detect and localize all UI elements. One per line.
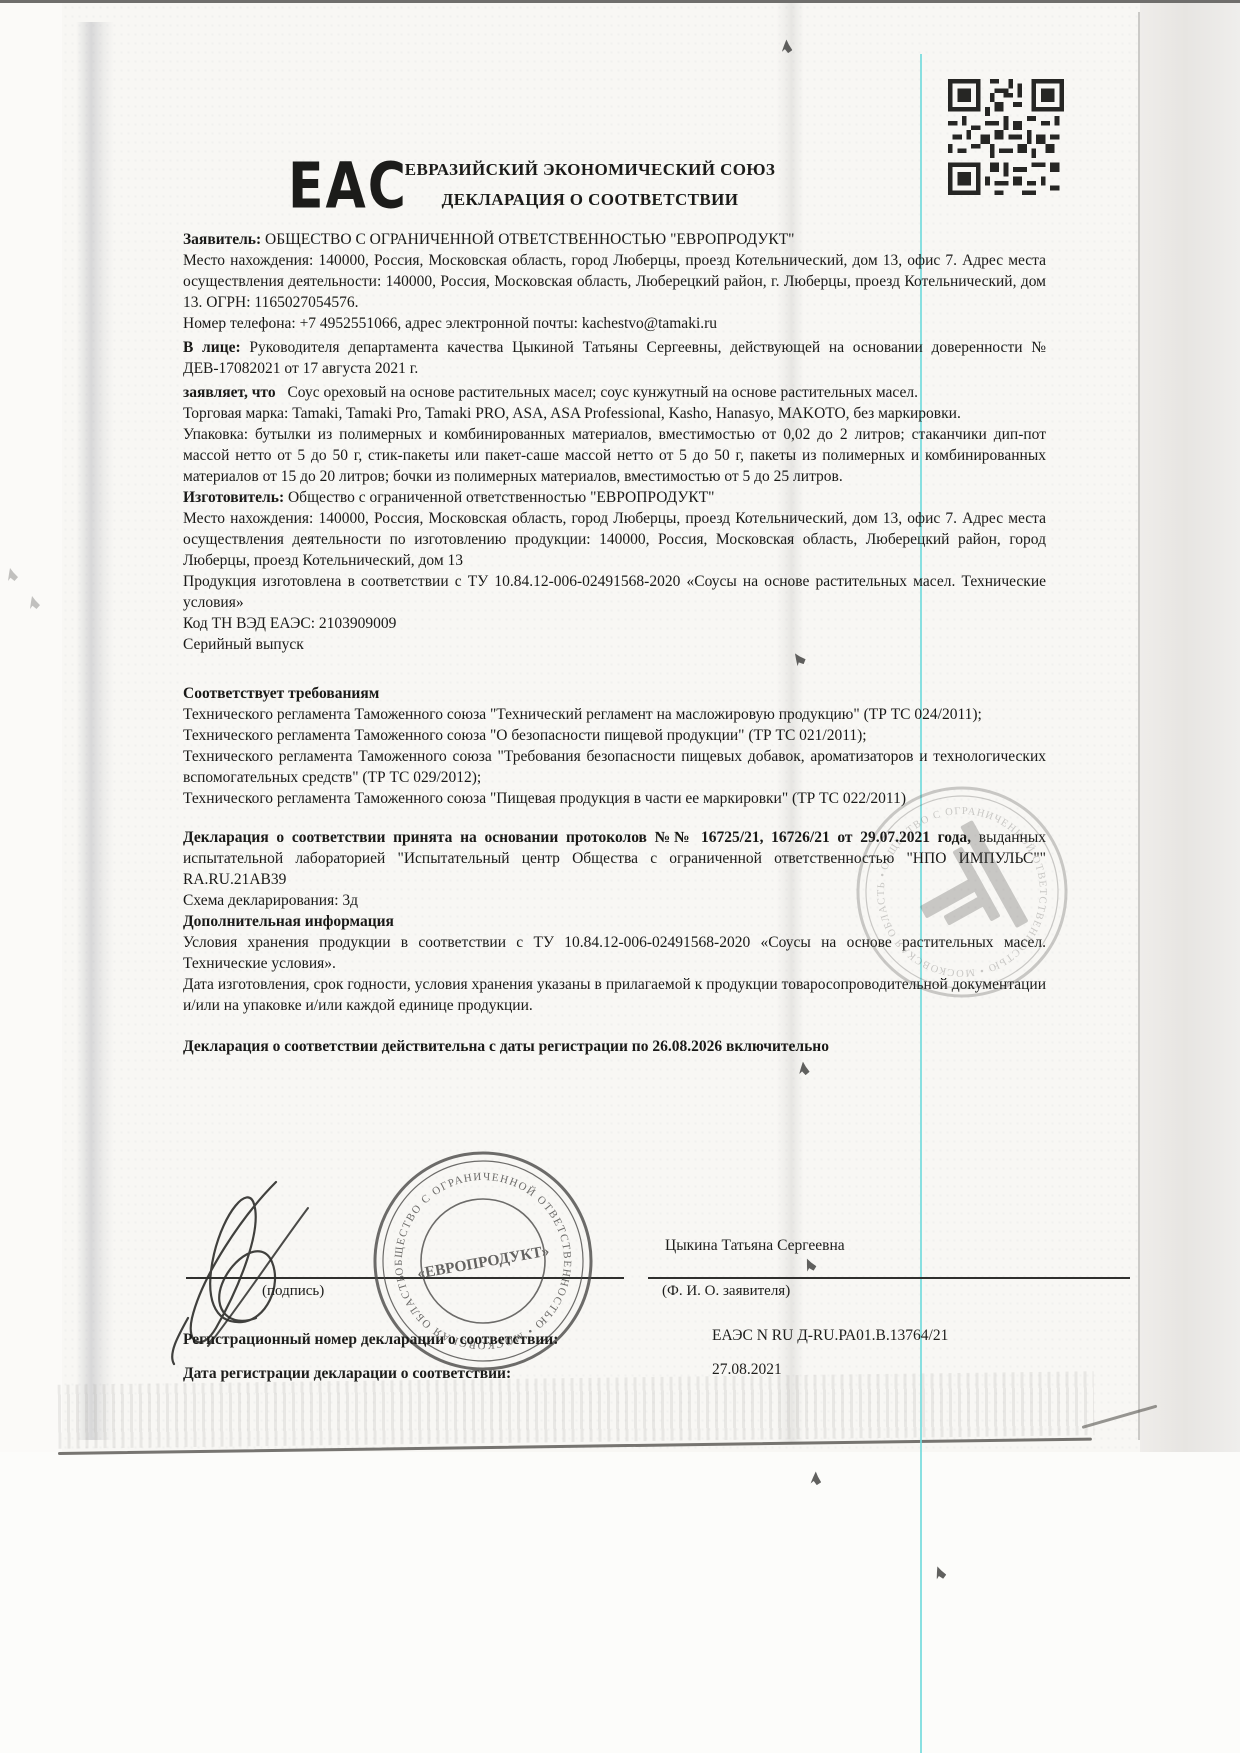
applicant-address: Место нахождения: 140000, Россия, Москов… bbox=[183, 250, 1046, 313]
product-description: Соус ореховый на основе растительных мас… bbox=[287, 384, 918, 401]
manufacturer-label: Изготовитель: bbox=[183, 489, 284, 506]
signature-caption: (подпись) bbox=[262, 1283, 324, 1300]
ink-speck bbox=[30, 596, 40, 609]
compliance-heading: Соответствует требованиям bbox=[183, 683, 1046, 704]
representative-text: Руководителя департамента качества Цыкин… bbox=[183, 339, 1046, 377]
declares-label: заявляет, что bbox=[183, 384, 284, 401]
additional-heading-text: Дополнительная информация bbox=[183, 913, 394, 930]
tu-paragraph: Продукция изготовлена в соответствии с Т… bbox=[183, 571, 1046, 613]
representative-label: В лице: bbox=[183, 339, 241, 356]
fio-caption: (Ф. И. О. заявителя) bbox=[662, 1283, 790, 1300]
validity-paragraph: Декларация о соответствии действительна … bbox=[183, 1036, 1046, 1057]
document-titles: ЕВРАЗИЙСКИЙ ЭКОНОМИЧЕСКИЙ СОЮЗ ДЕКЛАРАЦИ… bbox=[330, 160, 850, 210]
packaging-paragraph: Упаковка: бутылки из полимерных и комбин… bbox=[183, 424, 1046, 487]
applicant-fio: Цыкина Татьяна Сергеевна bbox=[665, 1237, 845, 1255]
faint-stamp: ОБЩЕСТВО С ОГРАНИЧЕННОЙ ОТВЕТСТВЕННОСТЬЮ… bbox=[852, 782, 1072, 1002]
faint-stamp-logo bbox=[895, 820, 1028, 964]
trademark-paragraph: Торговая марка: Tamaki, Tamaki Pro, Tama… bbox=[183, 403, 1046, 424]
scan-right-margin bbox=[1140, 3, 1240, 1452]
manufacturer-address: Место нахождения: 140000, Россия, Москов… bbox=[183, 508, 1046, 571]
manufacturer-paragraph: Изготовитель: Общество с ограниченной от… bbox=[183, 487, 1046, 508]
applicant-contacts: Номер телефона: +7 4952551066, адрес эле… bbox=[183, 313, 1046, 334]
scan-bottom-area bbox=[0, 1452, 1240, 1753]
manufacturer-name: Общество с ограниченной ответственностью… bbox=[288, 489, 715, 506]
registration-number-label: Регистрационный номер декларации о соотв… bbox=[183, 1331, 558, 1349]
compliance-item: Технического регламента Таможенного союз… bbox=[183, 725, 1046, 746]
serial-release: Серийный выпуск bbox=[183, 634, 1046, 655]
registration-date-value: 27.08.2021 bbox=[712, 1361, 782, 1379]
registration-number-value: ЕАЭС N RU Д-RU.РА01.В.13764/21 bbox=[712, 1327, 948, 1345]
ink-speck bbox=[8, 568, 18, 581]
scan-left-shadow bbox=[76, 22, 114, 1440]
scan-top-edge bbox=[0, 0, 1240, 3]
union-title: ЕВРАЗИЙСКИЙ ЭКОНОМИЧЕСКИЙ СОЮЗ bbox=[330, 160, 850, 180]
applicant-name: ОБЩЕСТВО С ОГРАНИЧЕННОЙ ОТВЕТСТВЕННОСТЬЮ… bbox=[265, 231, 794, 248]
stamp-center-text: «ЕВРОПРОДУКТ» bbox=[416, 1242, 551, 1282]
doc-title: ДЕКЛАРАЦИЯ О СООТВЕТСТВИИ bbox=[330, 190, 850, 210]
applicant-paragraph: Заявитель: ОБЩЕСТВО С ОГРАНИЧЕННОЙ ОТВЕТ… bbox=[183, 229, 1046, 250]
qr-code bbox=[948, 78, 1064, 196]
paper-right-edge bbox=[1138, 12, 1140, 1440]
validity-text: Декларация о соответствии действительна … bbox=[183, 1038, 829, 1055]
registration-date-label: Дата регистрации декларации о соответств… bbox=[183, 1365, 511, 1383]
declares-paragraph: заявляет, что Соус ореховый на основе ра… bbox=[183, 382, 1046, 403]
applicant-label: Заявитель: bbox=[183, 231, 261, 248]
compliance-item: Технического регламента Таможенного союз… bbox=[183, 704, 1046, 725]
compliance-heading-text: Соответствует требованиям bbox=[183, 685, 379, 702]
representative-paragraph: В лице: Руководителя департамента качест… bbox=[183, 337, 1046, 379]
fio-line bbox=[648, 1277, 1130, 1279]
tn-ved-code: Код ТН ВЭД ЕАЭС: 2103909009 bbox=[183, 613, 1046, 634]
